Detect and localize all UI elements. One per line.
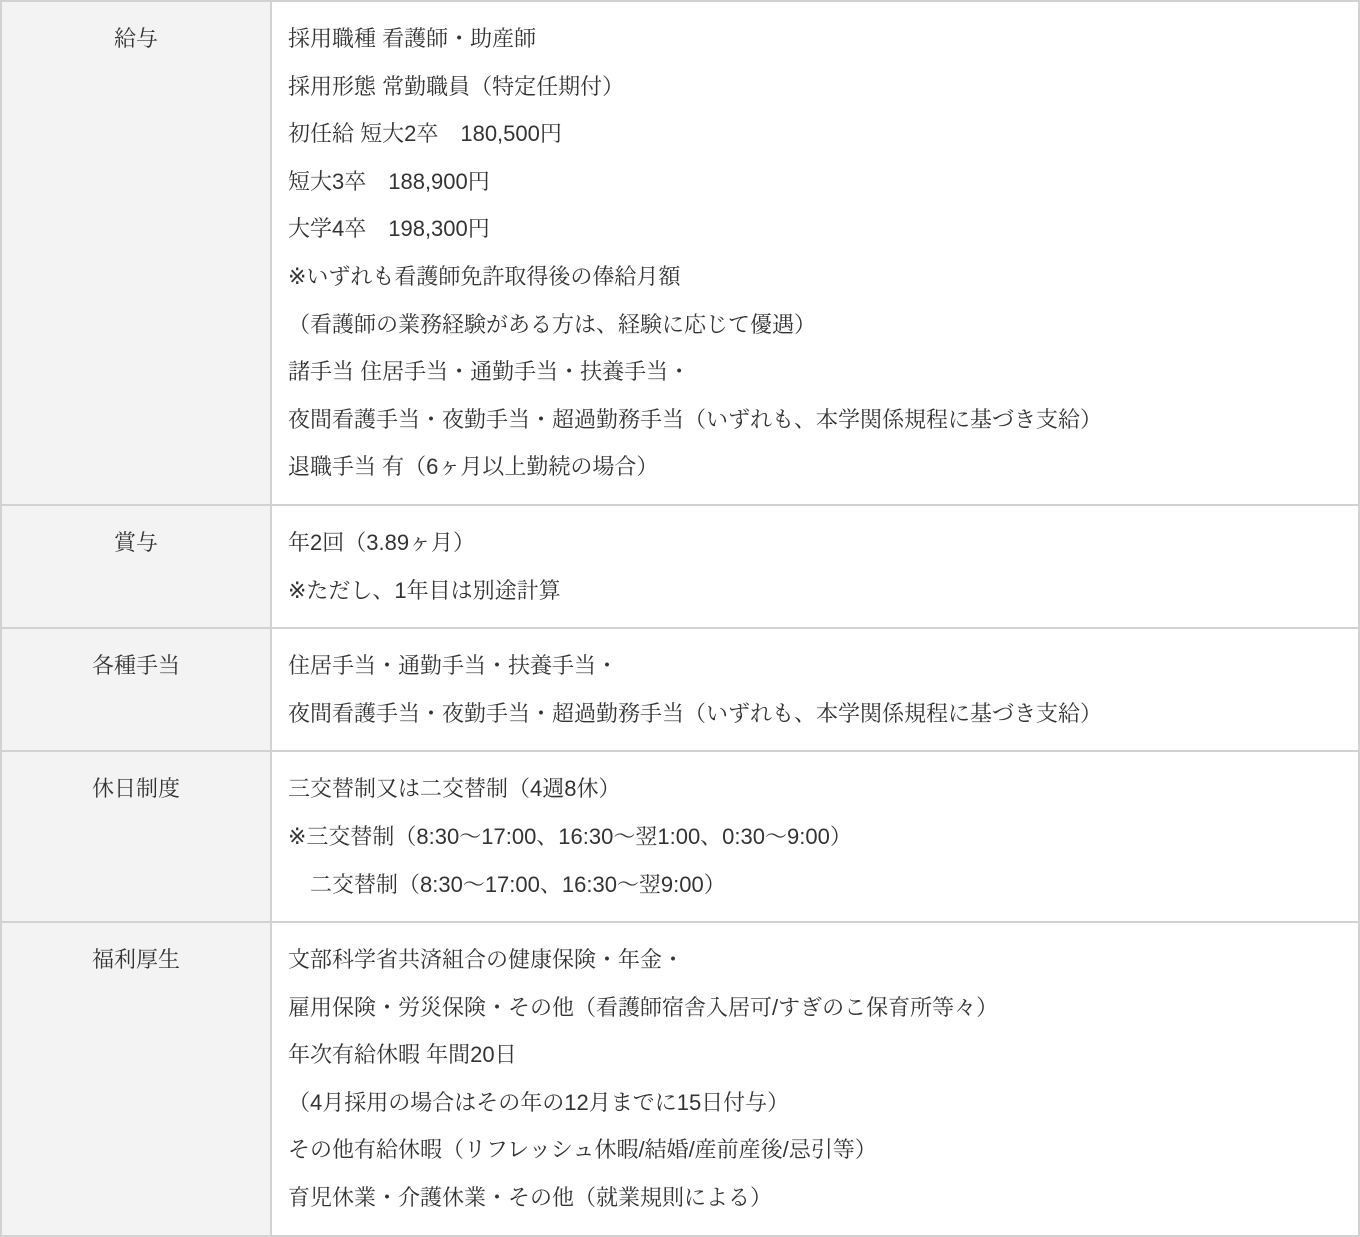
content-line: 大学4卒 198,300円 (288, 205, 1342, 253)
content-line: 年次有給休暇 年間20日 (288, 1031, 1342, 1079)
table-row-holiday-system: 休日制度三交替制又は二交替制（4週8休）※三交替制（8:30〜17:00、16:… (1, 751, 1359, 922)
table-row-welfare-benefits: 福利厚生文部科学省共済組合の健康保険・年金・雇用保険・労災保険・その他（看護師宿… (1, 922, 1359, 1236)
row-content-bonus: 年2回（3.89ヶ月）※ただし、1年目は別途計算 (271, 505, 1359, 628)
row-header-holiday-system: 休日制度 (1, 751, 271, 922)
table-row-allowances: 各種手当住居手当・通勤手当・扶養手当・夜間看護手当・夜勤手当・超過勤務手当（いず… (1, 628, 1359, 751)
content-line: 住居手当・通勤手当・扶養手当・ (288, 642, 1342, 690)
content-line: （看護師の業務経験がある方は、経験に応じて優遇） (288, 301, 1342, 349)
employment-conditions-table-body: 給与採用職種 看護師・助産師採用形態 常勤職員（特定任期付）初任給 短大2卒 1… (1, 1, 1359, 1236)
row-header-salary: 給与 (1, 1, 271, 505)
content-line: （4月採用の場合はその年の12月までに15日付与） (288, 1079, 1342, 1127)
row-header-bonus: 賞与 (1, 505, 271, 628)
content-line: 初任給 短大2卒 180,500円 (288, 110, 1342, 158)
content-line: 夜間看護手当・夜勤手当・超過勤務手当（いずれも、本学関係規程に基づき支給） (288, 396, 1342, 444)
content-line: ※ただし、1年目は別途計算 (288, 567, 1342, 615)
content-line: ※三交替制（8:30〜17:00、16:30〜翌1:00、0:30〜9:00） (288, 813, 1342, 861)
content-line: 退職手当 有（6ヶ月以上勤続の場合） (288, 443, 1342, 491)
employment-conditions-table: 給与採用職種 看護師・助産師採用形態 常勤職員（特定任期付）初任給 短大2卒 1… (0, 0, 1360, 1237)
content-line: 短大3卒 188,900円 (288, 158, 1342, 206)
content-line: 育児休業・介護休業・その他（就業規則による） (288, 1174, 1342, 1222)
row-content-salary: 採用職種 看護師・助産師採用形態 常勤職員（特定任期付）初任給 短大2卒 180… (271, 1, 1359, 505)
content-line: 雇用保険・労災保険・その他（看護師宿舎入居可/すぎのこ保育所等々） (288, 984, 1342, 1032)
content-line: 年2回（3.89ヶ月） (288, 519, 1342, 567)
table-row-salary: 給与採用職種 看護師・助産師採用形態 常勤職員（特定任期付）初任給 短大2卒 1… (1, 1, 1359, 505)
content-line: 二交替制（8:30〜17:00、16:30〜翌9:00） (288, 861, 1342, 909)
table-row-bonus: 賞与年2回（3.89ヶ月）※ただし、1年目は別途計算 (1, 505, 1359, 628)
row-content-holiday-system: 三交替制又は二交替制（4週8休）※三交替制（8:30〜17:00、16:30〜翌… (271, 751, 1359, 922)
row-header-welfare-benefits: 福利厚生 (1, 922, 271, 1236)
content-line: 採用職種 看護師・助産師 (288, 15, 1342, 63)
content-line: 三交替制又は二交替制（4週8休） (288, 765, 1342, 813)
content-line: 夜間看護手当・夜勤手当・超過勤務手当（いずれも、本学関係規程に基づき支給） (288, 690, 1342, 738)
content-line: 採用形態 常勤職員（特定任期付） (288, 63, 1342, 111)
content-line: 諸手当 住居手当・通勤手当・扶養手当・ (288, 348, 1342, 396)
content-line: ※いずれも看護師免許取得後の俸給月額 (288, 253, 1342, 301)
row-content-allowances: 住居手当・通勤手当・扶養手当・夜間看護手当・夜勤手当・超過勤務手当（いずれも、本… (271, 628, 1359, 751)
row-header-allowances: 各種手当 (1, 628, 271, 751)
content-line: その他有給休暇（リフレッシュ休暇/結婚/産前産後/忌引等） (288, 1126, 1342, 1174)
content-line: 文部科学省共済組合の健康保険・年金・ (288, 936, 1342, 984)
recruitment-conditions-page: 給与採用職種 看護師・助産師採用形態 常勤職員（特定任期付）初任給 短大2卒 1… (0, 0, 1360, 1232)
row-content-welfare-benefits: 文部科学省共済組合の健康保険・年金・雇用保険・労災保険・その他（看護師宿舎入居可… (271, 922, 1359, 1236)
